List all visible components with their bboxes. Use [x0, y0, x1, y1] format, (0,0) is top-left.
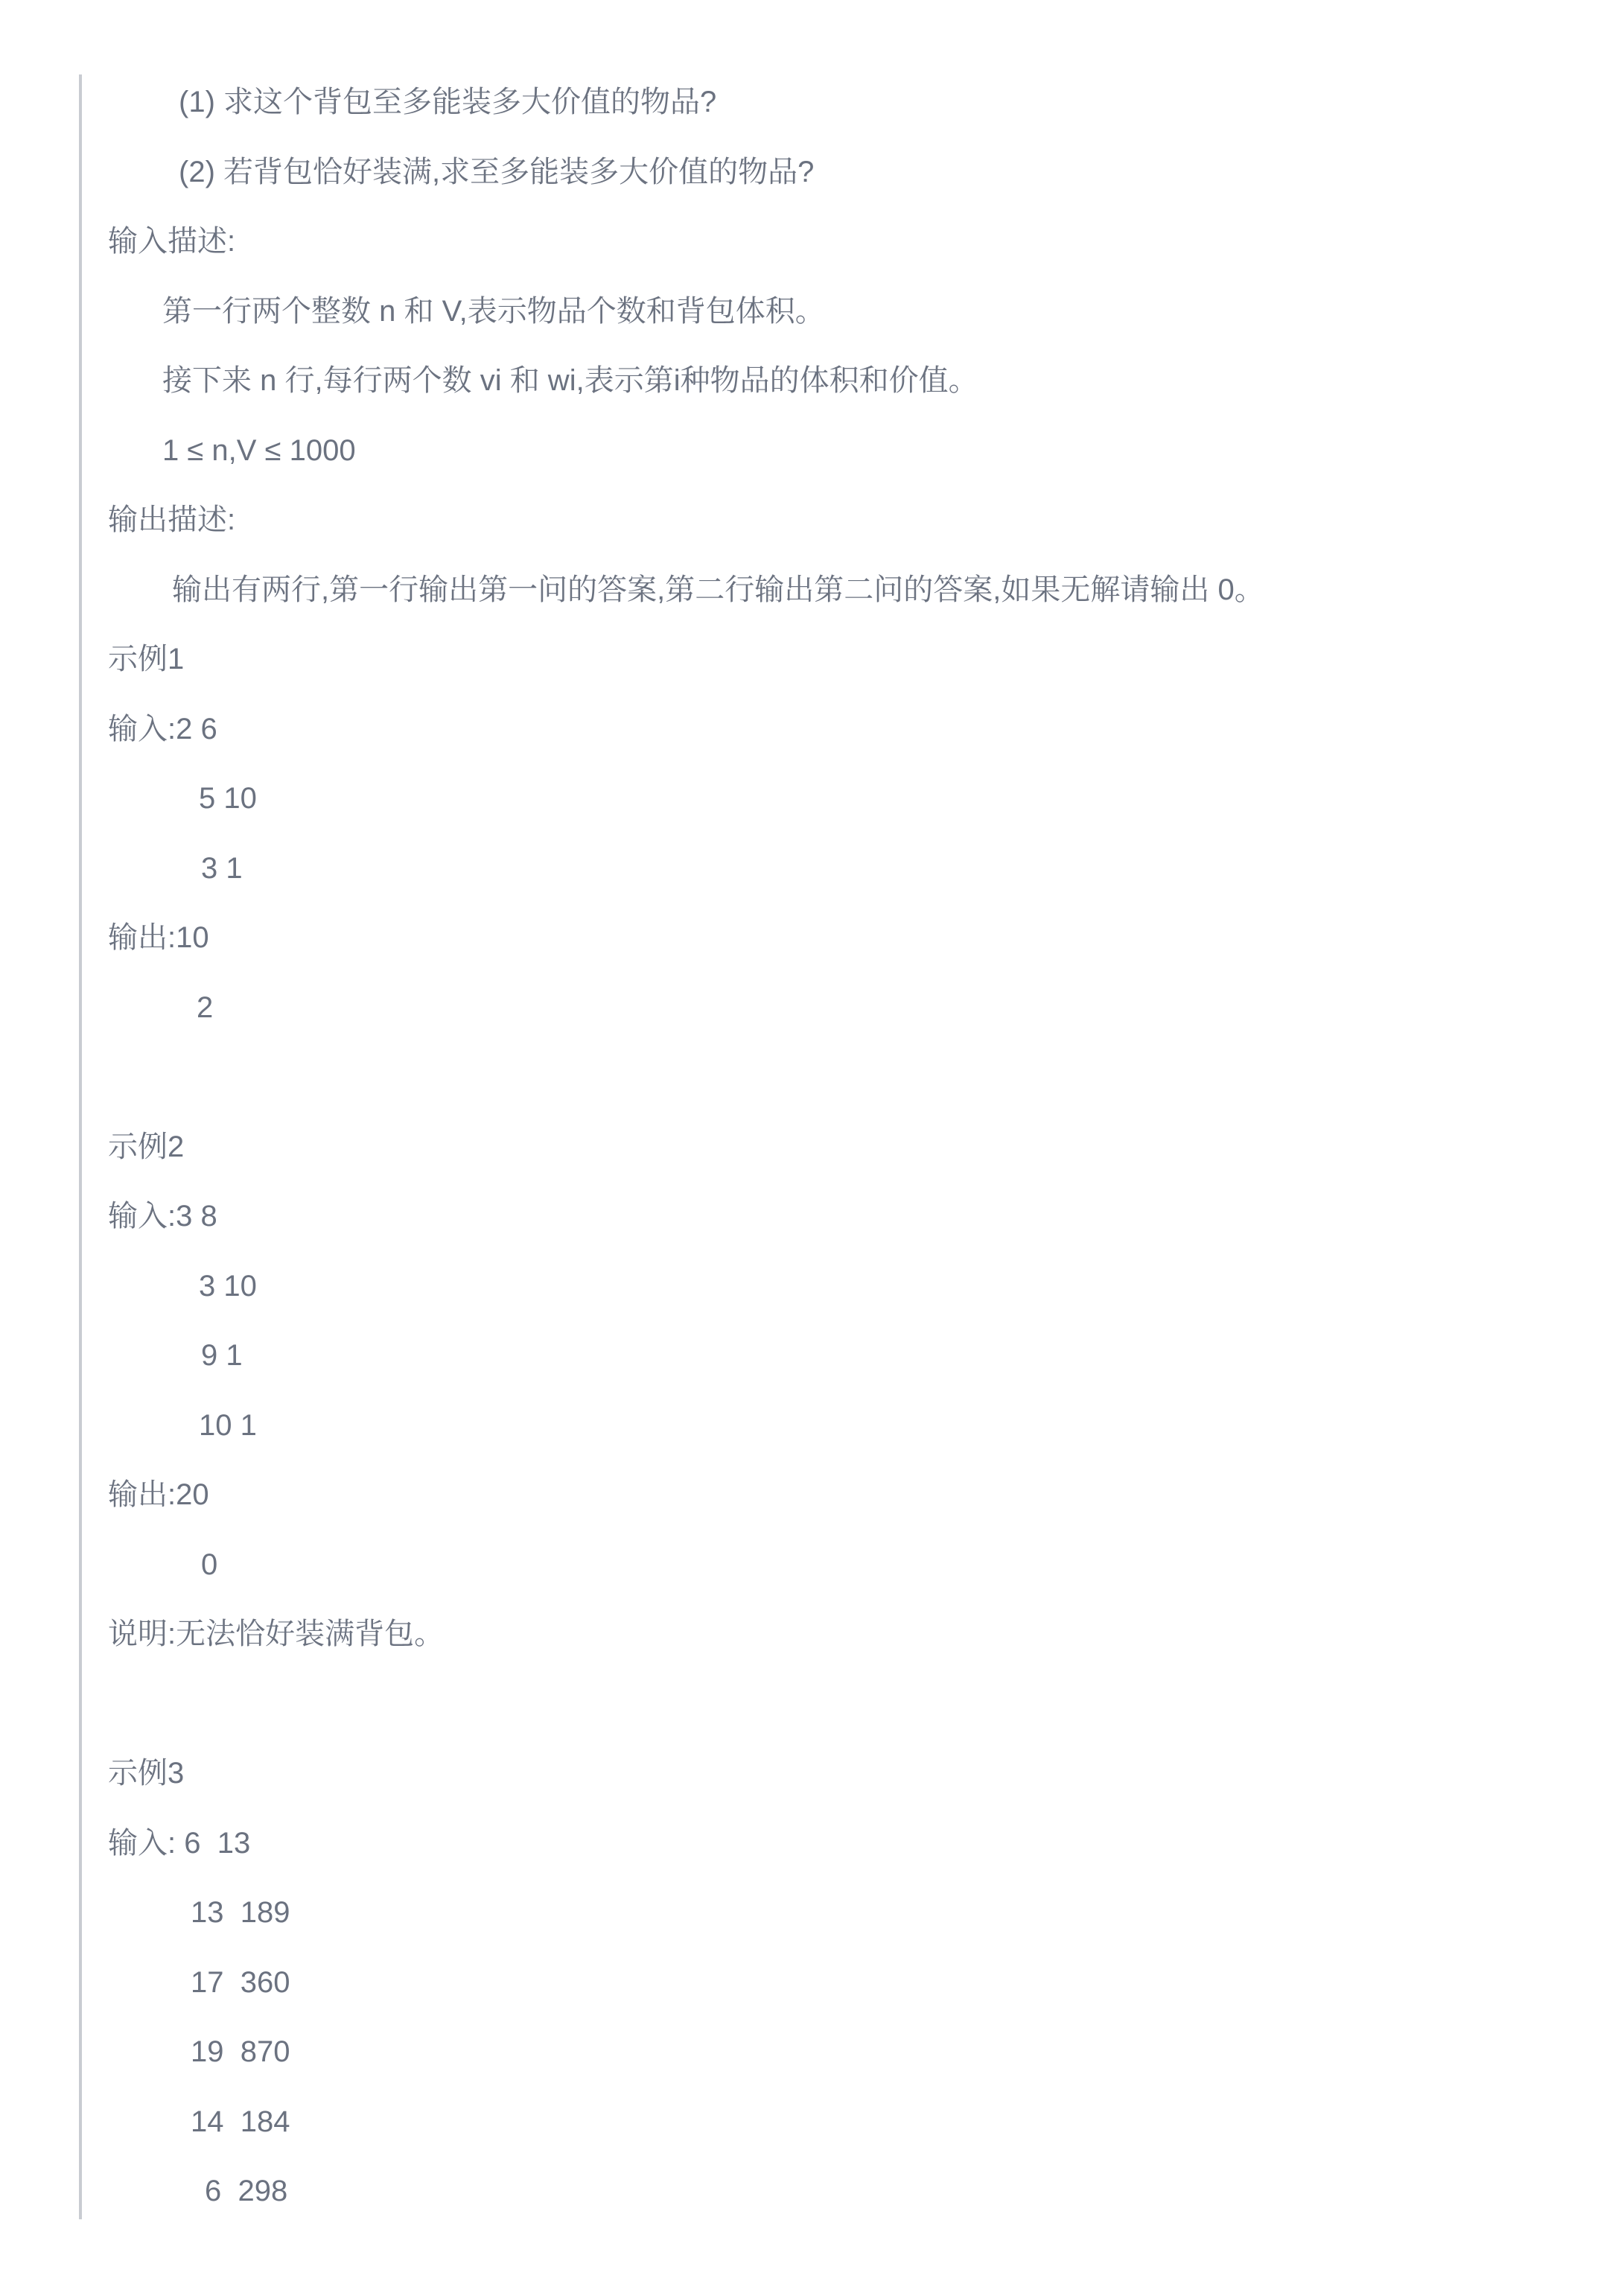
example-3-input-row: 6 298 — [0, 2157, 1624, 2227]
example-3-title: 示例3 — [0, 1739, 1624, 1809]
example-3-input-row: 17 360 — [0, 1948, 1624, 2018]
example-3-input-row: 13 189 — [0, 1878, 1624, 1948]
spacer — [0, 1670, 1624, 1740]
example-2-output-label-line: 输出:20 — [0, 1460, 1624, 1530]
example-2-note: 说明:无法恰好装满背包。 — [0, 1600, 1624, 1670]
example-1-output-row: 2 — [0, 973, 1624, 1043]
example-1-input-label-line: 输入:2 6 — [0, 695, 1624, 765]
problem-statement-page: { "page": { "background": "#ffffff", "te… — [0, 0, 1624, 2296]
example-2-input-row: 3 10 — [0, 1252, 1624, 1322]
spacer — [0, 1043, 1624, 1113]
example-3-input-label-line: 输入: 6 13 — [0, 1809, 1624, 1879]
question-1: (1) 求这个背包至多能装多大价值的物品? — [0, 68, 1624, 138]
example-1-title: 示例1 — [0, 625, 1624, 695]
input-desc-line: 第一行两个整数 n 和 V,表示物品个数和背包体积。 — [0, 277, 1624, 347]
example-2-title: 示例2 — [0, 1113, 1624, 1183]
example-3-input-row: 14 184 — [0, 2087, 1624, 2157]
input-constraint: 1 ≤ n,V ≤ 1000 — [0, 416, 1624, 486]
output-desc-heading: 输出描述: — [0, 486, 1624, 556]
problem-content: (1) 求这个背包至多能装多大价值的物品? (2) 若背包恰好装满,求至多能装多… — [0, 68, 1624, 2227]
input-desc-heading: 输入描述: — [0, 207, 1624, 277]
example-1-input-row: 3 1 — [0, 834, 1624, 904]
example-3-input-row: 19 870 — [0, 2017, 1624, 2087]
input-desc-line: 接下来 n 行,每行两个数 vi 和 wi,表示第i种物品的体积和价值。 — [0, 346, 1624, 416]
example-1-output-label-line: 输出:10 — [0, 903, 1624, 973]
output-desc-line: 输出有两行,第一行输出第一问的答案,第二行输出第二问的答案,如果无解请输出 0。 — [0, 556, 1624, 626]
example-2-input-label-line: 输入:3 8 — [0, 1182, 1624, 1252]
example-2-input-row: 9 1 — [0, 1321, 1624, 1391]
example-2-input-row: 10 1 — [0, 1391, 1624, 1461]
question-2: (2) 若背包恰好装满,求至多能装多大价值的物品? — [0, 138, 1624, 208]
example-1-input-row: 5 10 — [0, 764, 1624, 834]
example-2-output-row: 0 — [0, 1530, 1624, 1600]
